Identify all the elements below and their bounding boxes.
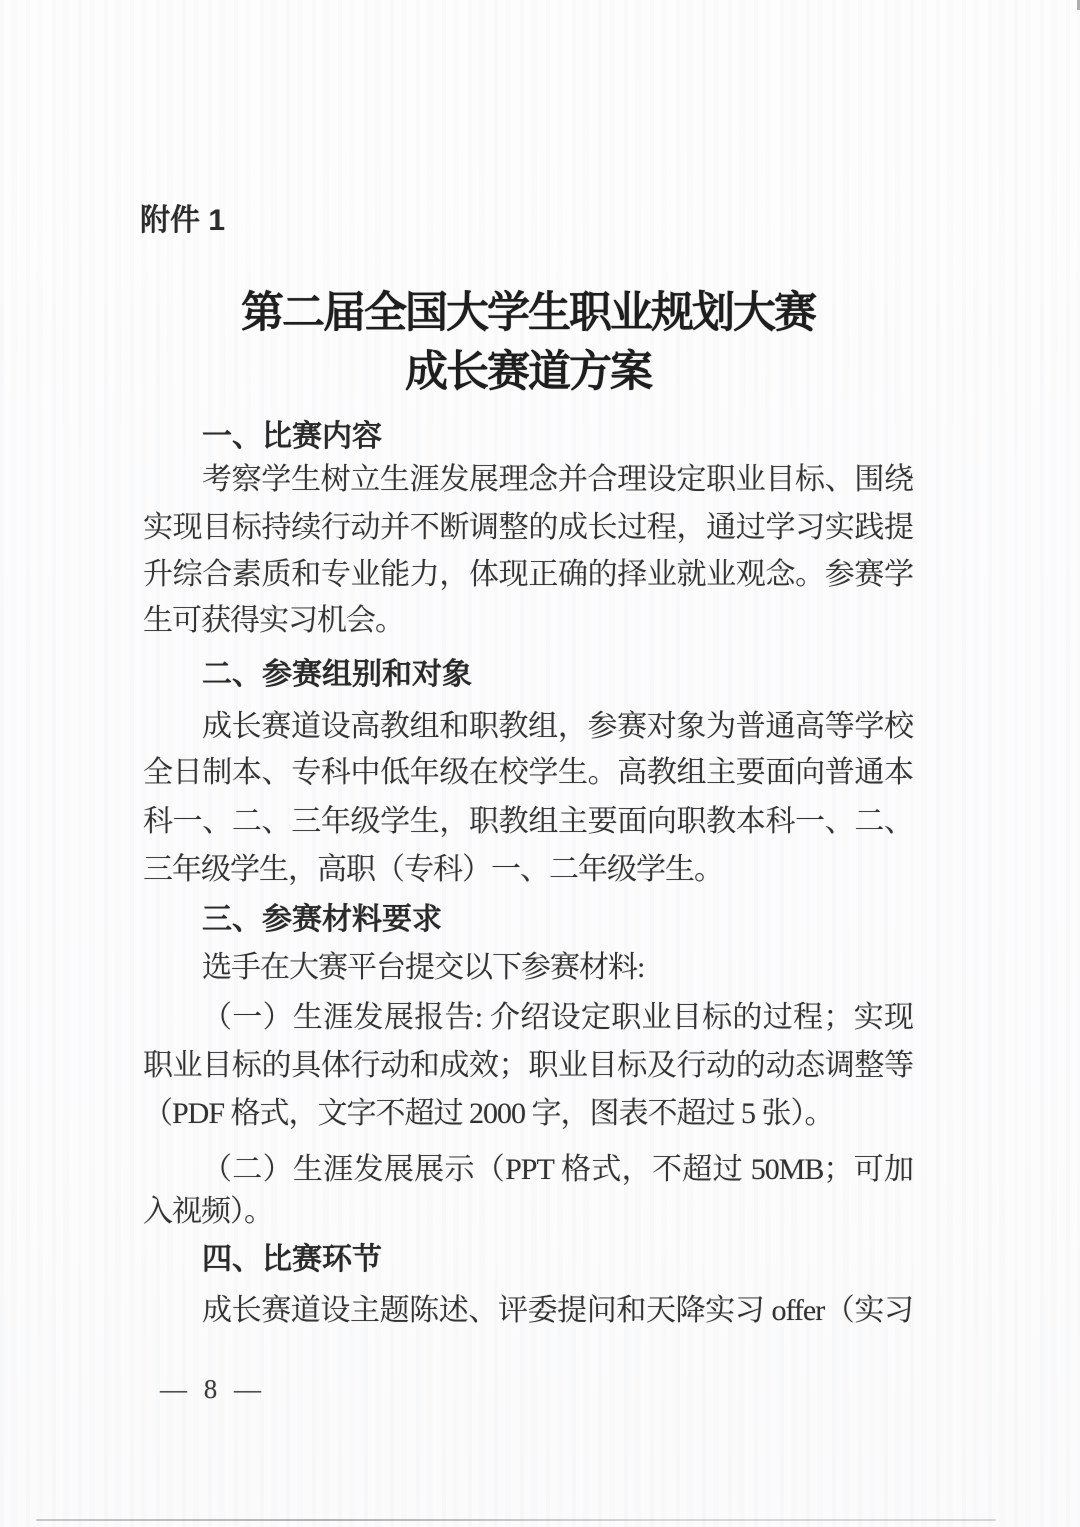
attachment-label: 附件 1	[140, 197, 225, 245]
section-heading-2: 二、参赛组别和对象	[143, 651, 913, 699]
body-line: 职业目标的具体行动和成效；职业目标及行动的动态调整等	[143, 1042, 913, 1090]
body-line: （二）生涯发展展示（PPT 格式，不超过 50MB；可加	[143, 1146, 913, 1194]
body-line: 成长赛道设主题陈述、评委提问和天降实习 offer（实习	[143, 1287, 913, 1335]
body-line: 选手在大赛平台提交以下参赛材料:	[143, 944, 913, 992]
body-line: 入视频）。	[143, 1188, 913, 1236]
document-page: 附件 1 第二届全国大学生职业规划大赛 成长赛道方案 一、比赛内容 考察学生树立…	[0, 0, 1080, 1527]
section-heading-4: 四、比赛环节	[143, 1236, 913, 1284]
body-line: 考察学生树立生涯发展理念并合理设定职业目标、围绕	[143, 456, 913, 504]
scan-edge-artifact	[36, 1519, 996, 1521]
page-number: — 8 —	[160, 1367, 266, 1411]
body-line: 升综合素质和专业能力，体现正确的择业就业观念。参赛学	[143, 551, 913, 599]
document-title: 第二届全国大学生职业规划大赛 成长赛道方案	[143, 284, 913, 402]
document-title-line-2: 成长赛道方案	[143, 343, 913, 402]
section-heading-1: 一、比赛内容	[143, 413, 913, 461]
body-line: 生可获得实习机会。	[143, 597, 913, 645]
document-title-line-1: 第二届全国大学生职业规划大赛	[143, 284, 913, 343]
body-line: 科一、二、三年级学生，职教组主要面向职教本科一、二、	[143, 798, 913, 846]
body-line: 实现目标持续行动并不断调整的成长过程，通过学习实践提	[143, 504, 913, 552]
body-line: 三年级学生，高职（专科）一、二年级学生。	[143, 846, 913, 894]
body-line: 成长赛道设高教组和职教组，参赛对象为普通高等学校	[143, 703, 913, 751]
body-line: （PDF 格式，文字不超过 2000 字，图表不超过 5 张）。	[143, 1090, 913, 1138]
section-heading-3: 三、参赛材料要求	[143, 896, 913, 944]
body-line: 全日制本、专科中低年级在校学生。高教组主要面向普通本	[143, 749, 913, 797]
body-line: （一）生涯发展报告: 介绍设定职业目标的过程；实现	[143, 994, 913, 1042]
